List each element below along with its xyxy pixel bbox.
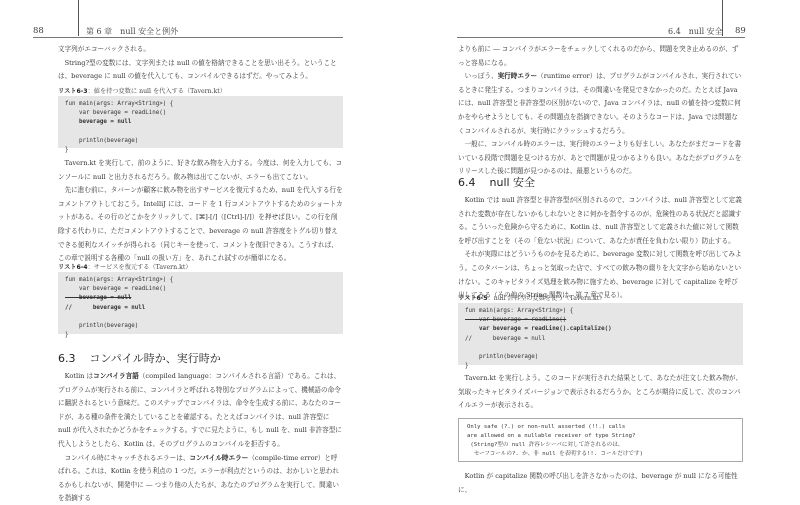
- code-line: ​: [65, 128, 336, 137]
- section-title: コンパイル時か、実行時か: [90, 352, 221, 365]
- code-listing-6-3: fun main(args: Array<String>) { var beve…: [58, 96, 343, 148]
- header-rule: [457, 37, 745, 38]
- page-number: 89: [735, 26, 746, 36]
- paragraph: Kotlin では null 許容型と非許容型が区別されるので、コンパイラは、n…: [458, 194, 743, 248]
- code-line: var beverage = readLine(): [65, 109, 336, 118]
- paragraph: コンパイル時にキャッチされるエラーは、コンパイル時エラー（compile-tim…: [58, 452, 343, 505]
- listing-caption: リスト6-4：サービスを復元する（Tavern.kt）: [58, 262, 192, 271]
- paragraph: 先に進む前に、タバーンが顧客に飲み物を出すサービスを復元するため、null を代…: [58, 184, 343, 266]
- paragraph: Tavern.kt を実行しよう。このコードが実行された結果として、あなたが注文…: [458, 372, 743, 413]
- paragraph: Kotlin はコンパイラ言語（compiled language：コンパイルさ…: [58, 370, 343, 452]
- paragraph: いっぽう、実行時エラー（runtime error）は、プログラムがコンパイルさ…: [458, 70, 743, 138]
- text-block-middle: Tavern.kt を実行して、前のように、好きな飲み物を入力する。今度は、何を…: [58, 157, 343, 266]
- text-block-intro: 文字列がエコーバックされる。 String?型の変数には、文字列または null…: [58, 43, 343, 84]
- code-line: // beverage = null: [65, 304, 336, 313]
- code-line: println(beverage): [65, 137, 336, 146]
- code-line-struck: beverage = null: [65, 294, 336, 303]
- listing-caption: リスト6-5：null 許容型の変数を使う（Tavern.kt）: [458, 293, 605, 302]
- paragraph: 文字列がエコーバックされる。: [58, 43, 343, 57]
- listing-caption-text: ：サービスを復元する（Tavern.kt）: [88, 264, 192, 271]
- paragraph: よりも前に ― コンパイラがエラーをチェックしてくれるのだから、問題を突き止める…: [458, 43, 743, 70]
- section-number: 6.4: [458, 176, 476, 189]
- code-line: beverage = null: [65, 118, 336, 127]
- paragraph: 一般に、コンパイル時のエラーは、実行時のエラーよりも好ましい。あなたがまだコード…: [458, 138, 743, 179]
- paragraph: Tavern.kt を実行して、前のように、好きな飲み物を入力する。今度は、何を…: [58, 157, 343, 184]
- error-line: Only safe (?.) or non-null asserted (!!.…: [467, 423, 734, 432]
- code-listing-6-4: fun main(args: Array<String>) { var beve…: [58, 272, 343, 334]
- code-line: }: [465, 362, 736, 371]
- listing-label: リスト6-5: [458, 295, 488, 302]
- text-block-bottom: Kotlin はコンパイラ言語（compiled language：コンパイルさ…: [58, 370, 343, 505]
- page-number: 88: [33, 26, 44, 36]
- running-header: 第 6 章 null 安全と例外: [86, 26, 178, 37]
- section-title: null 安全: [490, 176, 536, 189]
- code-line: var beverage = readLine(): [65, 285, 336, 294]
- paragraph: Kotlin が capitalize 関数の呼び出しを許さなかったのは、bev…: [458, 470, 743, 497]
- listing-caption-text: ：null 許容型の変数を使う（Tavern.kt）: [488, 295, 606, 302]
- paragraph: String?型の変数には、文字列または null の値を格納できることを思い出…: [58, 57, 343, 84]
- code-line-struck: var beverage = readLine(): [465, 316, 736, 325]
- error-line: (String?型の null 許容レシーバに対して許されるのは、: [467, 441, 734, 450]
- code-line: // beverage = null: [465, 335, 736, 344]
- text-block-middle: Kotlin では null 許容型と非許容型が区別されるので、コンパイラは、n…: [458, 194, 743, 303]
- text-block-top: よりも前に ― コンパイラがエラーをチェックしてくれるのだから、問題を突き止める…: [458, 43, 743, 179]
- term: コンパイラ言語: [93, 372, 139, 380]
- text-block-final: Kotlin が capitalize 関数の呼び出しを許さなかったのは、bev…: [458, 470, 743, 497]
- listing-label: リスト6-3: [58, 88, 88, 95]
- code-line: println(beverage): [65, 322, 336, 331]
- term: コンパイル時エラー: [189, 454, 248, 462]
- section-heading: 6.3コンパイル時か、実行時か: [58, 350, 221, 366]
- listing-label: リスト6-4: [58, 264, 88, 271]
- compile-error-box: Only safe (?.) or non-null asserted (!!.…: [458, 418, 743, 462]
- code-line: }: [65, 146, 336, 155]
- error-line: are allowed on a nullable receiver of ty…: [467, 432, 734, 441]
- code-listing-6-5: fun main(args: Array<String>) { var beve…: [458, 303, 743, 365]
- code-line: fun main(args: Array<String>) {: [65, 276, 336, 285]
- listing-caption: リスト6-3：値を持つ変数に null を代入する（Tavern.kt）: [58, 86, 226, 95]
- code-line: var beverage = readLine().capitalize(): [465, 325, 736, 334]
- listing-caption-text: ：値を持つ変数に null を代入する（Tavern.kt）: [88, 88, 226, 95]
- section-heading: 6.4null 安全: [458, 174, 535, 190]
- header-divider: [78, 0, 79, 36]
- code-line: fun main(args: Array<String>) {: [65, 100, 336, 109]
- right-page: 6.4 null 安全 89 よりも前に ― コンパイラがエラーをチェックしてく…: [400, 0, 800, 505]
- code-line: ​: [65, 313, 336, 322]
- code-line: println(beverage): [465, 353, 736, 362]
- code-line: fun main(args: Array<String>) {: [465, 307, 736, 316]
- code-line: ​: [465, 344, 736, 353]
- left-page: 88 第 6 章 null 安全と例外 文字列がエコーバックされる。 Strin…: [0, 0, 400, 505]
- section-number: 6.3: [58, 352, 76, 365]
- running-header: 6.4 null 安全: [668, 26, 723, 37]
- code-line: }: [65, 331, 336, 340]
- text-block-lower: Tavern.kt を実行しよう。このコードが実行された結果として、あなたが注文…: [458, 372, 743, 413]
- term: 実行時エラー: [498, 72, 538, 80]
- error-line: セーフコールの?. か、非 null を表明する!!. コールだけです): [467, 450, 734, 459]
- header-rule: [33, 37, 343, 38]
